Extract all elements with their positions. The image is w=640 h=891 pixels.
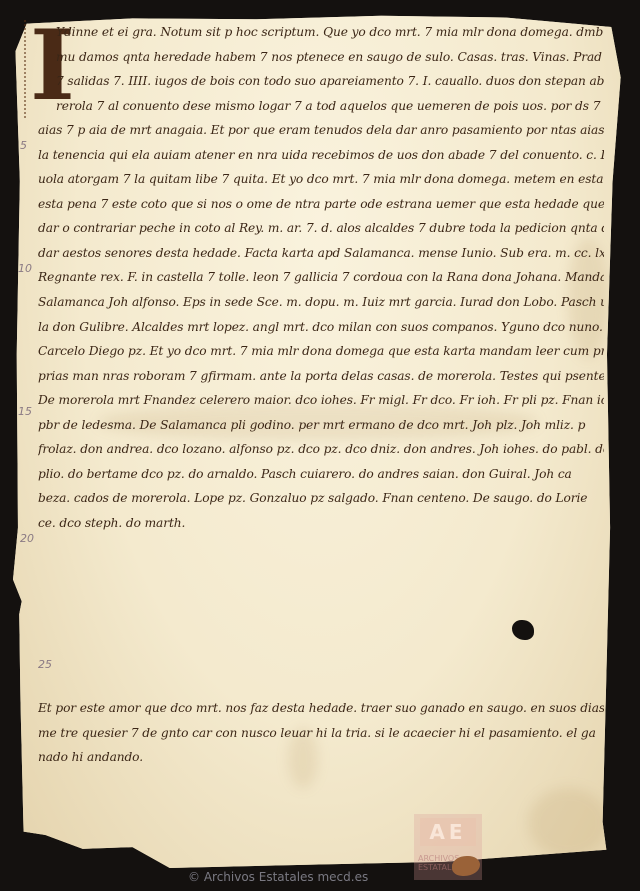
text-line: 7 salidas 7. IIII. iugos de bois con tod…	[38, 69, 604, 94]
text-line: la don Gulibre. Alcaldes mrt lopez. angl…	[38, 315, 604, 340]
text-line: beza. cados de morerola. Lope pz. Gonzal…	[38, 486, 604, 511]
text-line: Et por este amor que dco mrt. nos faz de…	[38, 696, 604, 721]
text-line: Regnante rex. F. in castella 7 tolle. le…	[38, 265, 604, 290]
text-line: Ydinne et ei gra. Notum sit p hoc script…	[38, 20, 604, 45]
margin-line-number: 20	[20, 532, 34, 545]
watermark-letters: AE	[420, 818, 476, 846]
text-line: dar aestos senores desta hedade. Facta k…	[38, 241, 604, 266]
text-line: rerola 7 al conuento dese mismo logar 7 …	[38, 94, 604, 119]
text-line: Salamanca Joh alfonso. Eps in sede Sce. …	[38, 290, 604, 315]
charter-main-text: Ydinne et ei gra. Notum sit p hoc script…	[38, 20, 604, 535]
text-line: frolaz. don andrea. dco lozano. alfonso …	[38, 437, 604, 462]
margin-line-number: 5	[20, 139, 27, 152]
text-line: prias man nras roboram 7 gfirmam. ante l…	[38, 364, 604, 389]
charter-addendum-text: Et por este amor que dco mrt. nos faz de…	[38, 696, 604, 770]
text-line: Carcelo Diego pz. Et yo dco mrt. 7 mia m…	[38, 339, 604, 364]
archive-credit: © Archivos Estatales mecd.es	[188, 870, 368, 884]
corner-stain	[528, 788, 608, 858]
text-line: De morerola mrt Fnandez celerero maior. …	[38, 388, 604, 413]
parchment-hole	[512, 620, 534, 640]
text-line: nado hi andando.	[38, 745, 604, 770]
text-line: me tre quesier 7 de gnto car con nusco l…	[38, 721, 604, 746]
text-line: ce. dco steph. do marth.	[38, 511, 604, 536]
text-line: esta pena 7 este coto que si nos o ome d…	[38, 192, 604, 217]
margin-line-number: 25	[38, 658, 52, 671]
margin-line-number: 10	[18, 262, 32, 275]
text-line: la tenencia qui ela auiam atener en nra …	[38, 143, 604, 168]
text-line: mu damos qnta heredade habem 7 nos ptene…	[38, 45, 604, 70]
text-line: plio. do bertame dco pz. do arnaldo. Pas…	[38, 462, 604, 487]
text-line: uola atorgam 7 la quitam libe 7 quita. E…	[38, 167, 604, 192]
text-line: pbr de ledesma. De Salamanca pli godino.…	[38, 413, 604, 438]
margin-line-number: 15	[18, 405, 32, 418]
text-line: aias 7 p aia de mrt anagaia. Et por que …	[38, 118, 604, 143]
text-line: dar o contrariar peche in coto al Rey. m…	[38, 216, 604, 241]
